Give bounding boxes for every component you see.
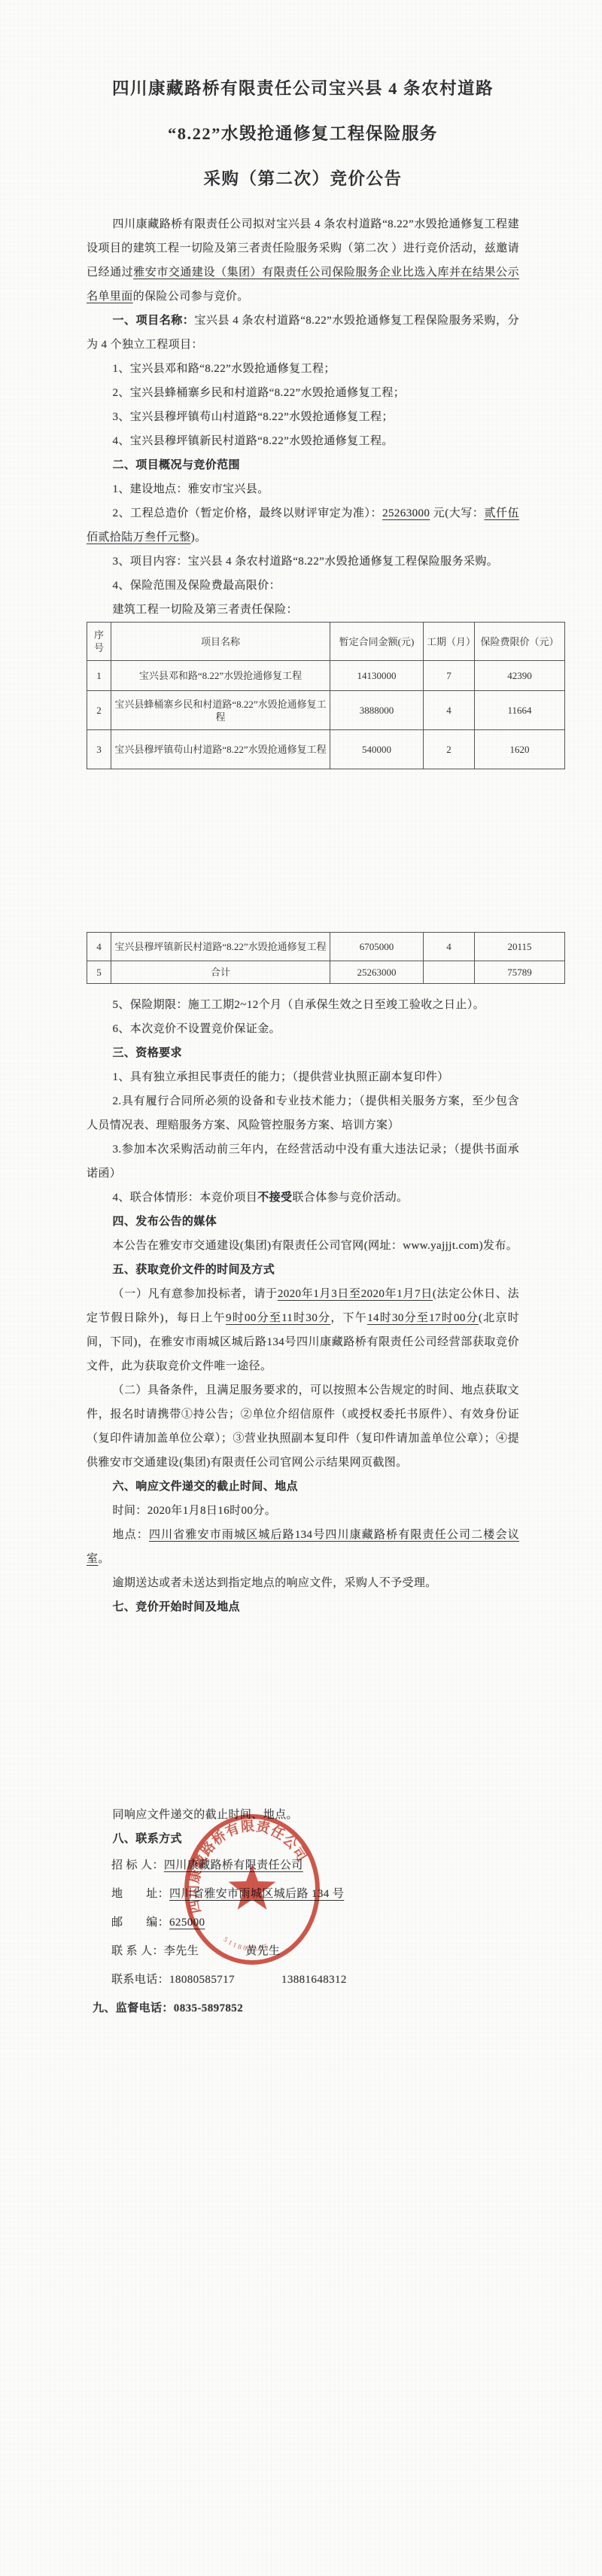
section-2-item-2: 2、工程总造价（暂定价格，最终以财评审定为准）：25263000 元(大写：贰仟… [87, 501, 519, 550]
table-caption: 建筑工程一切险及第三者责任保险： [87, 598, 519, 622]
section-2-item-5: 5、保险期限：施工工期2~12个月（自承保生效之日至竣工验收之日止）。 [87, 993, 519, 1017]
cell-total-label: 合计 [111, 961, 330, 984]
contact-row-address: 地 址：四川省雅安市雨城区城后路 134 号 [87, 1880, 519, 1908]
deadline-location-line: 地点：四川省雅安市雨城区城后路134号四川康藏路桥有限责任公司二楼会议室。 [87, 1523, 519, 1571]
section-7-heading: 七、竞价开始时间及地点 [87, 1595, 519, 1619]
section-2-item-6: 6、本次竞价不设置竞价保证金。 [87, 1017, 519, 1041]
location-label: 地点： [113, 1529, 149, 1541]
bidder-value: 四川康藏路桥有限责任公司 [164, 1859, 303, 1871]
page-1: 四川康藏路桥有限责任公司宝兴县 4 条农村道路 “8.22”水毁抢通修复工程保险… [87, 66, 519, 769]
section-2-heading: 二、项目概况与竞价范围 [87, 453, 519, 477]
bidder-label: 招 标 人： [111, 1859, 164, 1871]
total-cost-label: 2、工程总造价（暂定价格，最终以财评审定为准）： [113, 507, 383, 519]
doc-title-line-3: 采购（第二次）竞价公告 [87, 157, 519, 202]
contact-person-label: 联 系 人： [111, 1945, 164, 1957]
section-5-paragraph-1: （一）凡有意参加投标者，请于2020年1月3日至2020年1月7日(法定公休日、… [87, 1282, 519, 1378]
cell-total-premium: 75789 [475, 961, 565, 984]
table-row: 1 宝兴县邓和路“8.22”水毁抢通修复工程 14130000 7 42390 [87, 661, 565, 691]
cell-index: 5 [87, 961, 111, 984]
section-8-heading: 八、联系方式 [87, 1827, 519, 1851]
section-6-heading: 六、响应文件递交的截止时间、地点 [87, 1475, 519, 1499]
col-header-contract-amount: 暂定合同金额(元) [330, 623, 424, 661]
cell-total-amount: 25263000 [330, 961, 424, 984]
section-3-item-1: 1、具有独立承担民事责任的能力；（提供营业执照正副本复印件） [87, 1065, 519, 1089]
cell-index: 3 [87, 730, 111, 769]
phone-2: 13881648312 [281, 1974, 347, 1986]
page-2: 4 宝兴县穆坪镇新民村道路“8.22”水毁抢通修复工程 6705000 4 20… [87, 932, 519, 1619]
cell-duration: 4 [424, 691, 475, 730]
cell-premium: 1620 [475, 730, 565, 769]
table-header-row: 序号 项目名称 暂定合同金额(元) 工期（月） 保险费限价（元） [87, 623, 565, 661]
contact-row-persons: 联 系 人：李先生黄先生 [87, 1937, 519, 1965]
section-2-item-4: 4、保险范围及保险费最高限价： [87, 574, 519, 598]
section-1-paragraph: 一、项目名称：宝兴县 4 条农村道路“8.22”水毁抢通修复工程保险服务采购，分… [87, 309, 519, 357]
contact-row-bidder: 招 标 人：四川康藏路桥有限责任公司 [87, 1851, 519, 1880]
total-cost-value: 25263000 [382, 507, 430, 519]
doc-title-line-2: “8.22”水毁抢通修复工程保险服务 [87, 111, 519, 157]
cell-amount: 14130000 [330, 661, 424, 691]
section-1-heading: 一、项目名称： [113, 315, 195, 327]
section-3-item-3: 3.参加本次采购活动前三年内，在经营活动中没有重大违法记录；（提供书面承诺函） [87, 1137, 519, 1186]
insurance-fee-table-continued: 4 宝兴县穆坪镇新民村道路“8.22”水毁抢通修复工程 6705000 4 20… [87, 932, 565, 984]
cell-duration: 2 [424, 730, 475, 769]
cell-index: 2 [87, 691, 111, 730]
cell-premium: 42390 [475, 661, 565, 691]
insurance-fee-table: 序号 项目名称 暂定合同金额(元) 工期（月） 保险费限价（元） 1 宝兴县邓和… [87, 622, 565, 769]
overdue-notice: 逾期送达或者未送达到指定地点的响应文件，采购人不予受理。 [87, 1571, 519, 1595]
phone-1: 18080585717 [169, 1974, 235, 1986]
cell-index: 4 [87, 933, 111, 961]
obtain-docs-afternoon-hours: 14时30分至17时00分 [367, 1312, 479, 1324]
obtain-docs-text: （一）凡有意参加投标者，请于 [113, 1288, 278, 1300]
table-total-row: 5 合计 25263000 75789 [87, 961, 565, 984]
doc-title-line-1: 四川康藏路桥有限责任公司宝兴县 4 条农村道路 [87, 66, 519, 111]
section-9-supervision-phone: 九、监督电话：0835-5897852 [87, 1994, 519, 2023]
consortium-text-end: 联合体参与竞价活动。 [292, 1192, 408, 1204]
cell-project: 宝兴县穆坪镇苟山村道路“8.22”水毁抢通修复工程 [111, 730, 330, 769]
deadline-time-line: 时间：2020年1月8日16时00分。 [87, 1499, 519, 1523]
section-3-heading: 三、资格要求 [87, 1041, 519, 1065]
obtain-docs-text-3: ，下午 [330, 1312, 367, 1324]
cell-index: 1 [87, 661, 111, 691]
intro-text-end: 的保险公司参与竞价。 [133, 291, 249, 303]
table-row: 4 宝兴县穆坪镇新民村道路“8.22”水毁抢通修复工程 6705000 4 20… [87, 933, 565, 961]
cell-amount: 3888000 [330, 691, 424, 730]
table-row: 2 宝兴县蜂桶寨乡民和村道路“8.22”水毁抢通修复工程 3888000 4 1… [87, 691, 565, 730]
cell-project: 宝兴县蜂桶寨乡民和村道路“8.22”水毁抢通修复工程 [111, 691, 330, 730]
section-7-body: 同响应文件递交的截止时间、地点。 [87, 1803, 519, 1827]
page-3: 同响应文件递交的截止时间、地点。 八、联系方式 招 标 人：四川康藏路桥有限责任… [87, 1803, 519, 2023]
contact-person-2: 黄先生 [245, 1945, 280, 1957]
cell-amount: 6705000 [330, 933, 424, 961]
phone-label: 联系电话： [111, 1974, 169, 1986]
section-3-item-2: 2.具有履行合同所必须的设备和专业技术能力；（提供相关服务方案，至少包含人员情况… [87, 1089, 519, 1137]
section-2-item-1: 1、建设地点：雅安市宝兴县。 [87, 477, 519, 501]
cell-premium: 11664 [475, 691, 565, 730]
project-list-item-3: 3、宝兴县穆坪镇苟山村道路“8.22”水毁抢通修复工程； [87, 405, 519, 429]
location-end: 。 [98, 1553, 109, 1565]
announcement-document: 四川康藏路桥有限责任公司宝兴县 4 条农村道路 “8.22”水毁抢通修复工程保险… [0, 0, 602, 2576]
consortium-not-accepted: 不接受 [257, 1192, 292, 1204]
section-4-body: 本公告在雅安市交通建设(集团)有限责任公司官网(网址：www.yajjjt.co… [87, 1234, 519, 1258]
col-header-project: 项目名称 [111, 623, 330, 661]
location-value: 四川省雅安市雨城区城后路134号四川康藏路桥有限责任公司二楼会议室 [87, 1529, 519, 1565]
obtain-docs-morning-hours: 9时00分至11时30分 [226, 1312, 330, 1324]
obtain-docs-dates: 2020年1月3日至2020年1月7日 [278, 1288, 433, 1300]
cell-project: 宝兴县邓和路“8.22”水毁抢通修复工程 [111, 661, 330, 691]
contact-row-phones: 联系电话：1808058571713881648312 [87, 1965, 519, 1994]
contact-person-1: 李先生 [164, 1945, 199, 1957]
col-header-index: 序号 [87, 623, 111, 661]
cell-project: 宝兴县穆坪镇新民村道路“8.22”水毁抢通修复工程 [111, 933, 330, 961]
col-header-premium-limit: 保险费限价（元） [475, 623, 565, 661]
section-4-heading: 四、发布公告的媒体 [87, 1210, 519, 1234]
project-list-item-4: 4、宝兴县穆坪镇新民村道路“8.22”水毁抢通修复工程。 [87, 429, 519, 453]
cell-amount: 540000 [330, 730, 424, 769]
postcode-value: 625000 [169, 1917, 205, 1929]
cell-duration: 7 [424, 661, 475, 691]
address-label: 地 址： [111, 1888, 169, 1900]
cell-empty [424, 961, 475, 984]
project-list-item-1: 1、宝兴县邓和路“8.22”水毁抢通修复工程； [87, 357, 519, 381]
total-cost-end: )。 [191, 531, 207, 544]
section-5-heading: 五、获取竞价文件的时间及方式 [87, 1258, 519, 1282]
section-2-item-3: 3、项目内容：宝兴县 4 条农村道路“8.22”水毁抢通修复工程保险服务采购。 [87, 550, 519, 574]
postcode-label: 邮 编： [111, 1917, 169, 1929]
section-5-paragraph-2: （二）具备条件，且满足服务要求的，可以按照本公告规定的时间、地点获取文件，报名时… [87, 1378, 519, 1475]
table-row: 3 宝兴县穆坪镇苟山村道路“8.22”水毁抢通修复工程 540000 2 162… [87, 730, 565, 769]
address-value: 四川省雅安市雨城区城后路 134 号 [169, 1888, 344, 1900]
cell-premium: 20115 [475, 933, 565, 961]
project-list-item-2: 2、宝兴县蜂桶寨乡民和村道路“8.22”水毁抢通修复工程； [87, 381, 519, 405]
intro-paragraph: 四川康藏路桥有限责任公司拟对宝兴县 4 条农村道路“8.22”水毁抢通修复工程建… [87, 212, 519, 309]
consortium-text: 4、联合体情形：本竞价项目 [113, 1192, 258, 1204]
section-3-item-4: 4、联合体情形：本竞价项目不接受联合体参与竞价活动。 [87, 1186, 519, 1210]
col-header-duration: 工期（月） [424, 623, 475, 661]
total-cost-mid: 元(大写： [430, 507, 484, 519]
contact-row-postcode: 邮 编：625000 [87, 1908, 519, 1937]
cell-duration: 4 [424, 933, 475, 961]
